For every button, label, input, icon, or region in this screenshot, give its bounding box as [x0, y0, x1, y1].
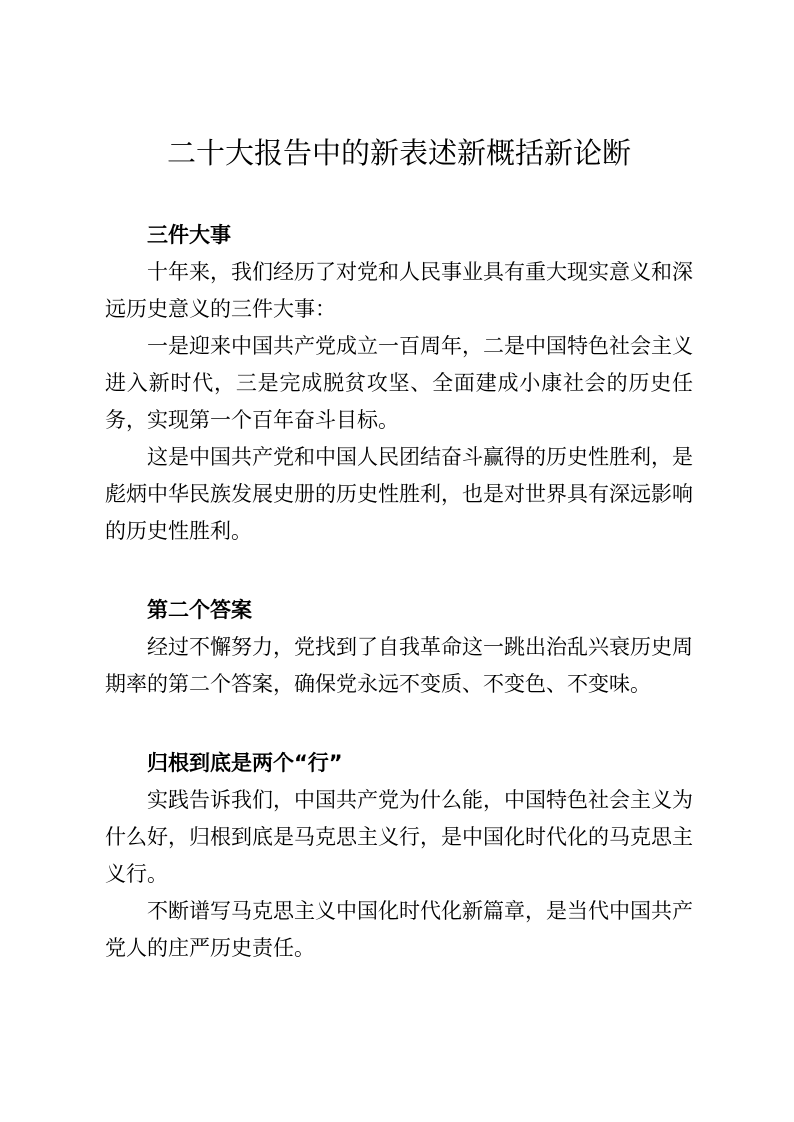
section-heading-two-xing: 归根到底是两个“行” — [105, 745, 693, 782]
paragraph-three-events-intro: 十年来，我们经历了对党和人民事业具有重大现实意义和深远历史意义的三件大事： — [105, 254, 693, 328]
paragraph-three-events-victory: 这是中国共产党和中国人民团结奋斗赢得的历史性胜利，是彪炳中华民族发展史册的历史性… — [105, 439, 693, 550]
document-title: 二十大报告中的新表述新概括新论断 — [105, 133, 693, 173]
paragraph-two-xing-responsibility: 不断谱写马克思主义中国化时代化新篇章，是当代中国共产党人的庄严历史责任。 — [105, 893, 693, 967]
paragraph-two-xing-practice: 实践告诉我们，中国共产党为什么能，中国特色社会主义为什么好，归根到底是马克思主义… — [105, 782, 693, 893]
document-page: 二十大报告中的新表述新概括新论断 三件大事 十年来，我们经历了对党和人民事业具有… — [0, 0, 794, 1122]
section-heading-three-major-events: 三件大事 — [105, 217, 693, 254]
section-heading-second-answer: 第二个答案 — [105, 592, 693, 629]
document-content: 二十大报告中的新表述新概括新论断 三件大事 十年来，我们经历了对党和人民事业具有… — [0, 0, 794, 967]
paragraph-three-events-list: 一是迎来中国共产党成立一百周年，二是中国特色社会主义进入新时代，三是完成脱贫攻坚… — [105, 328, 693, 439]
paragraph-second-answer: 经过不懈努力，党找到了自我革命这一跳出治乱兴衰历史周期率的第二个答案，确保党永远… — [105, 629, 693, 703]
